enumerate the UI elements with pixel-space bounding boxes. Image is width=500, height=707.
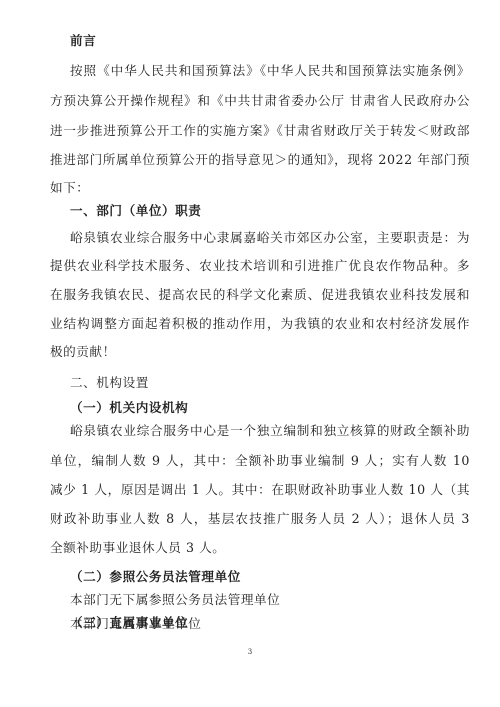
section-heading: 一、部门（单位）职责 xyxy=(70,203,470,219)
text-line: 峪泉镇农业综合服务中心隶属嘉峪关市郊区办公室，主要职责是：为农民 xyxy=(70,230,470,246)
section-heading: 前言 xyxy=(70,33,470,49)
document-page: 前言按照《中华人民共和国预算法》《中华人民共和国预算法实施条例》《地方预决算公开… xyxy=(0,0,500,707)
text-line: 全额补助事业退休人员 3 人。 xyxy=(50,540,470,556)
page-number: 3 xyxy=(0,648,500,656)
text-line: 如下： xyxy=(50,180,470,196)
section-heading: （二）参照公务员法管理单位 xyxy=(70,569,470,585)
text-line: 减少 1 人，原因是调出 1 人。其中：在职财政补助事业人数 10 人（其中：在… xyxy=(50,482,470,498)
text-line: 推进部门所属单位预算公开的指导意见＞的通知》，现将 2022 年部门预算公开 xyxy=(50,152,470,168)
section-heading: （一）机关内设机构 xyxy=(70,400,470,416)
text-line: 业结构调整方面起着积极的推动作用，为我镇的农业和农村经济发展作出了积 xyxy=(50,316,470,332)
text-line: 财政补助事业人数 8 人，基层农技推广服务人员 2 人）；退休人员 3 人，其中… xyxy=(50,511,470,527)
text-line: 本部门无直属事业单位 xyxy=(70,616,470,632)
text-line: 按照《中华人民共和国预算法》《中华人民共和国预算法实施条例》《地 xyxy=(70,63,470,79)
text-line: 二、机构设置 xyxy=(70,375,470,391)
text-line: 单位，编制人数 9 人，其中：全额补助事业编制 9 人；实有人数 10 人，比上… xyxy=(50,453,470,469)
text-line: 在服务我镇农民、提高农民的科学文化素质、促进我镇农业科技发展和农业产 xyxy=(50,287,470,303)
text-line: 提供农业科学技术服务、农业技术培训和引进推广优良农作物品种。多年来， xyxy=(50,258,470,274)
text-line: 方预决算公开操作规程》和《中共甘肃省委办公厅 甘肃省人民政府办公厅关于 xyxy=(50,93,470,109)
text-line: 极的贡献！ xyxy=(50,344,470,360)
text-line: 进一步推进预算公开工作的实施方案》《甘肃省财政厅关于转发＜财政部关于 xyxy=(50,123,470,139)
text-line: 峪泉镇农业综合服务中心是一个独立编制和独立核算的财政全额补助事业 xyxy=(70,423,470,439)
text-line: 本部门无下属参照公务员法管理单位 xyxy=(70,592,470,608)
